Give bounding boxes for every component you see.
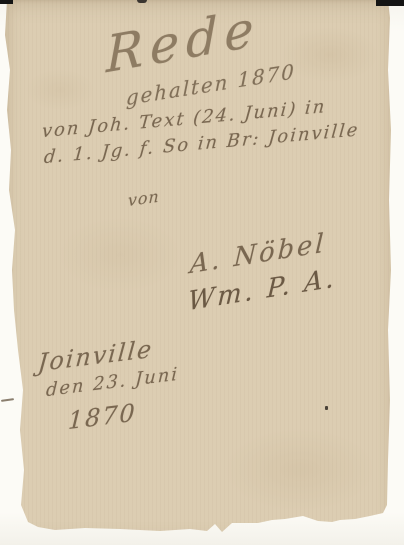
manuscript-page: Rede gehalten 1870 von Joh. Text (24. Ju… [0, 0, 404, 545]
manuscript-line-5: von [128, 186, 160, 210]
scan-artifact-top-left [0, 0, 13, 4]
year-line: 1870 [67, 398, 137, 435]
scan-background: Rede gehalten 1870 von Joh. Text (24. Ju… [0, 0, 404, 545]
pencil-dash-left-margin [1, 398, 14, 402]
scan-artifact-top-dot [137, 0, 147, 3]
paper-speck [325, 406, 328, 410]
scan-artifact-top-right [376, 0, 404, 6]
